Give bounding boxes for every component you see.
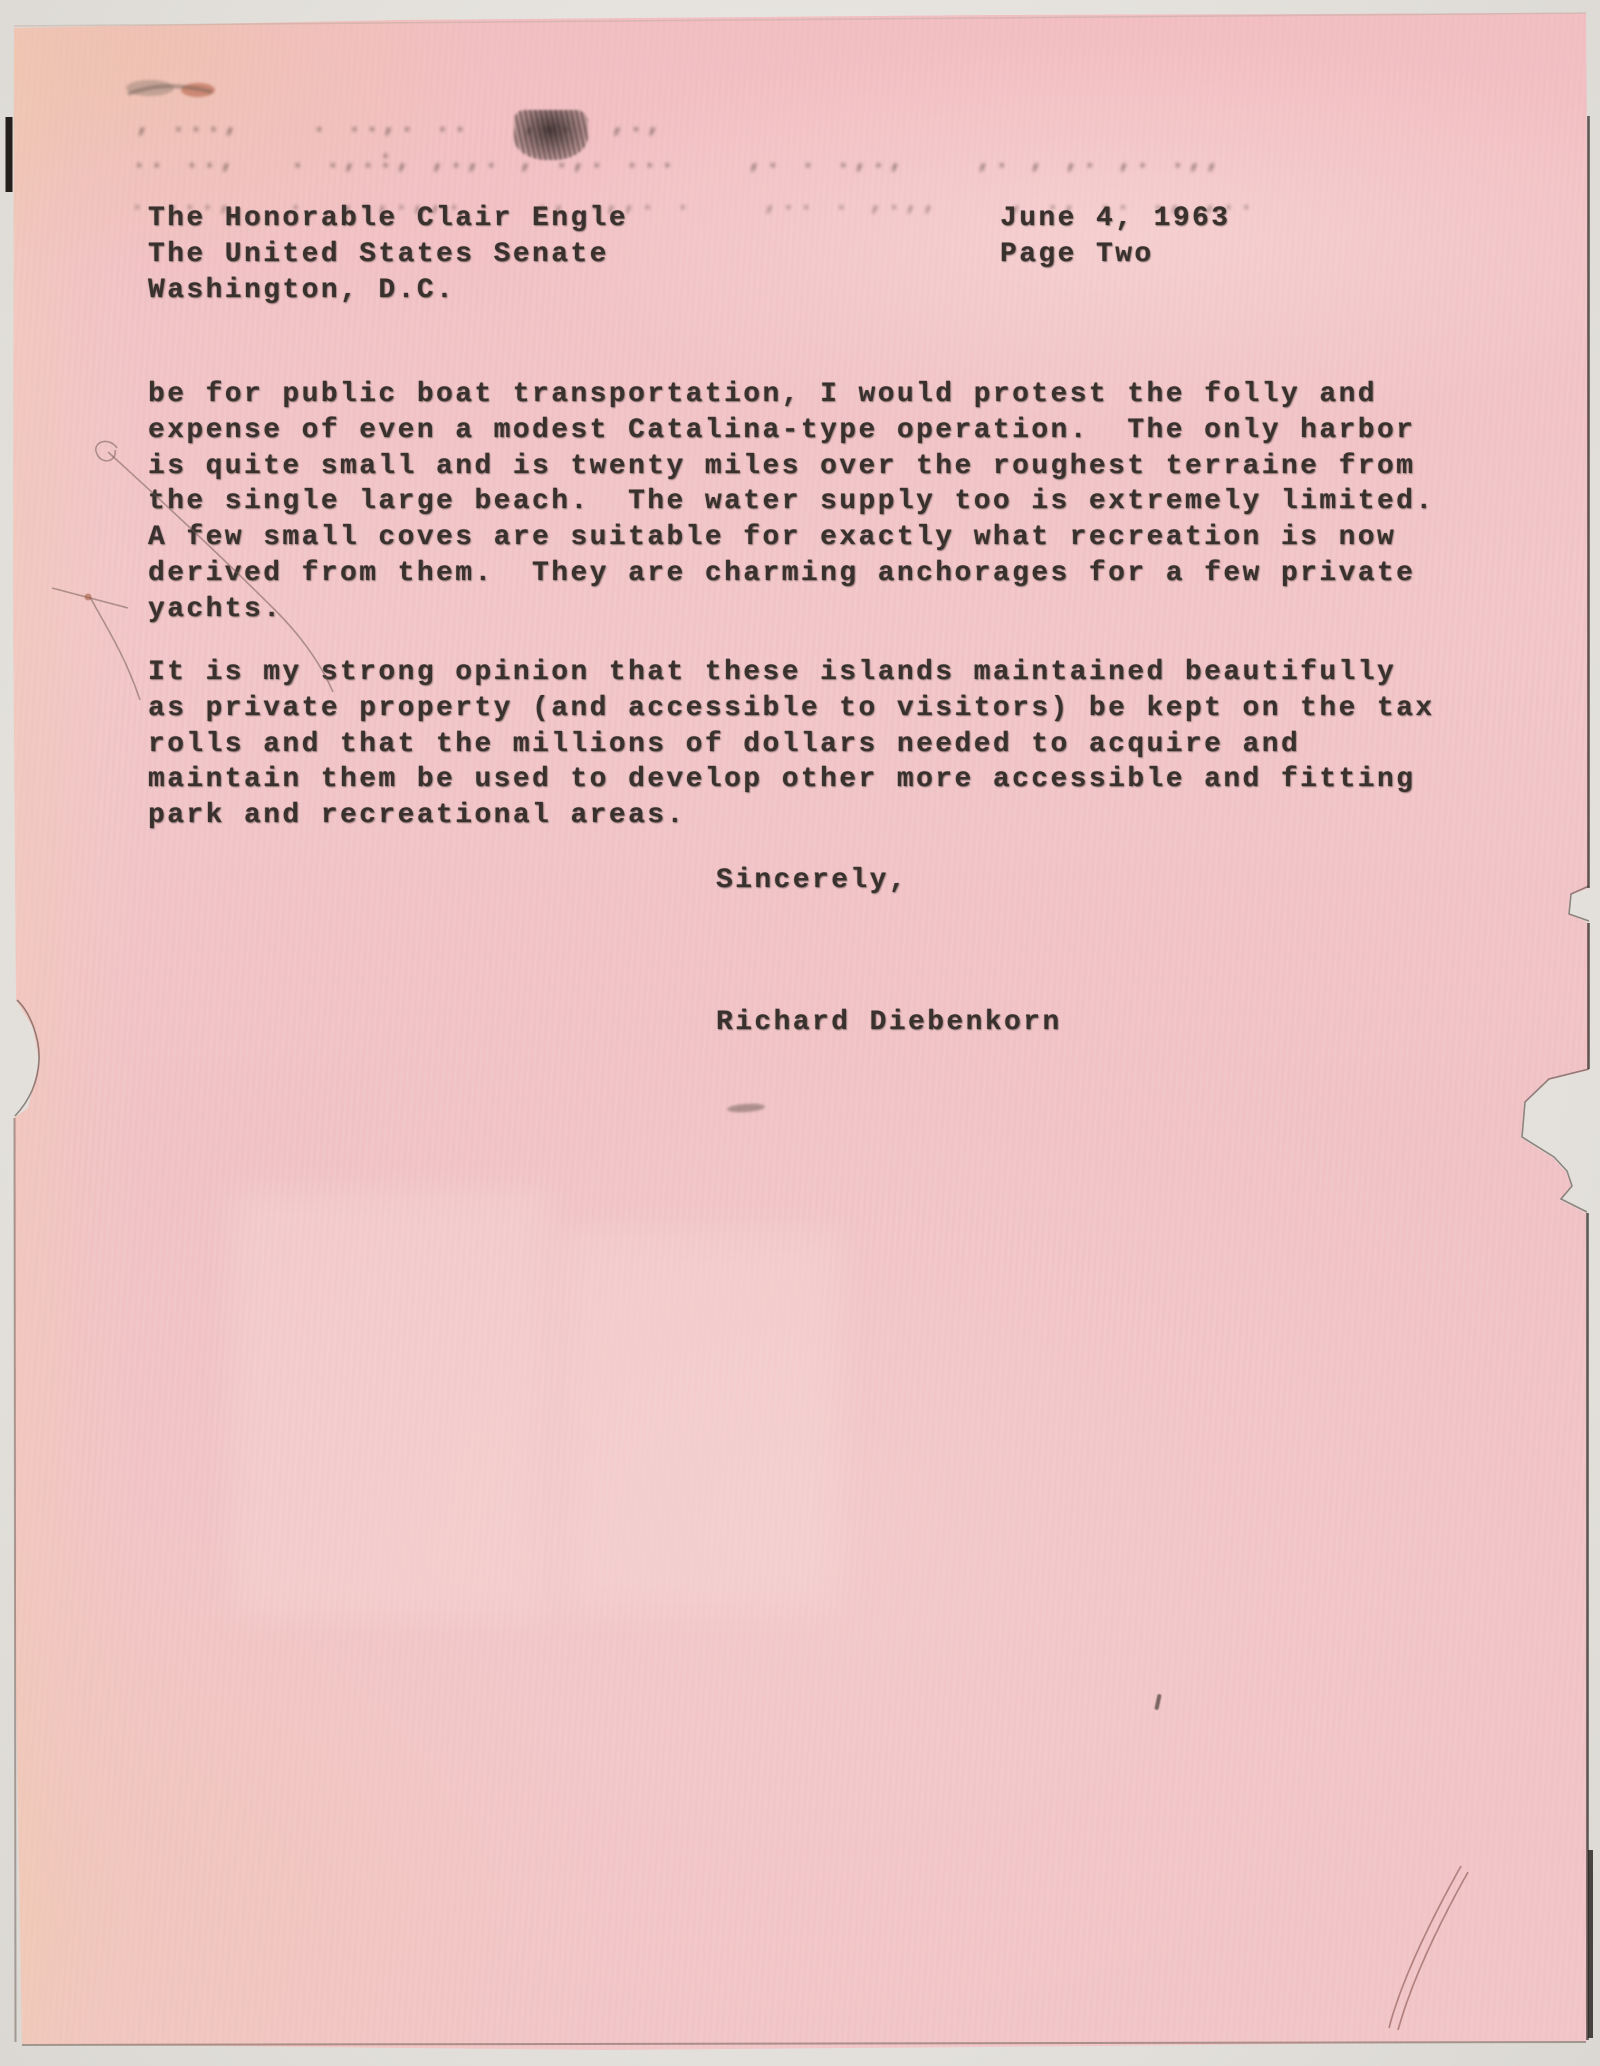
body-line: be for public boat transportation, I wou… bbox=[148, 377, 1435, 413]
ink-smudge-blob bbox=[514, 110, 588, 160]
body-line: A few small coves are suitable for exact… bbox=[148, 520, 1435, 556]
body-line: yachts. bbox=[148, 592, 1435, 628]
page-number-line: Page Two bbox=[1000, 237, 1230, 273]
body-line: as private property (and accessible to v… bbox=[148, 691, 1435, 727]
paper-light-patch bbox=[560, 1230, 840, 1610]
scanned-letter-page: , ..., . ..,. .. ,.. ,., .. .., . .,.:, … bbox=[0, 0, 1600, 2066]
body-paragraph-1: be for public boat transportation, I wou… bbox=[148, 377, 1435, 628]
date-page-block: June 4, 1963 Page Two bbox=[1000, 201, 1230, 273]
ghost-type-row: .. .., . .,.:, ,.,. , .,. ... ,. . .,., … bbox=[132, 148, 1223, 175]
body-line: the single large beach. The water supply… bbox=[148, 484, 1435, 520]
body-line: maintain them be used to develop other m… bbox=[148, 762, 1435, 798]
recipient-line: The Honorable Clair Engle bbox=[148, 201, 628, 237]
body-line: park and recreational areas. bbox=[148, 798, 1435, 834]
paper-light-patch bbox=[230, 1190, 550, 1620]
recipient-line: Washington, D.C. bbox=[148, 273, 628, 309]
body-line: derived from them. They are charming anc… bbox=[148, 556, 1435, 592]
date-line: June 4, 1963 bbox=[1000, 201, 1230, 237]
recipient-address-block: The Honorable Clair Engle The United Sta… bbox=[148, 201, 628, 308]
closing-line: Sincerely, bbox=[716, 863, 908, 899]
pink-paper-sheet: , ..., . ..,. .. ,.. ,., .. .., . .,.:, … bbox=[0, 0, 1600, 2066]
body-line: rolls and that the millions of dollars n… bbox=[148, 727, 1435, 763]
tick-mark bbox=[1154, 1694, 1161, 1710]
body-paragraph-2: It is my strong opinion that these islan… bbox=[148, 655, 1435, 834]
body-line: is quite small and is twenty miles over … bbox=[148, 449, 1435, 485]
signature-name: Richard Diebenkorn bbox=[716, 1005, 1062, 1041]
body-line: It is my strong opinion that these islan… bbox=[148, 655, 1435, 691]
body-line: expense of even a modest Catalina-type o… bbox=[148, 413, 1435, 449]
recipient-line: The United States Senate bbox=[148, 237, 628, 273]
smudge-mark bbox=[727, 1103, 765, 1114]
